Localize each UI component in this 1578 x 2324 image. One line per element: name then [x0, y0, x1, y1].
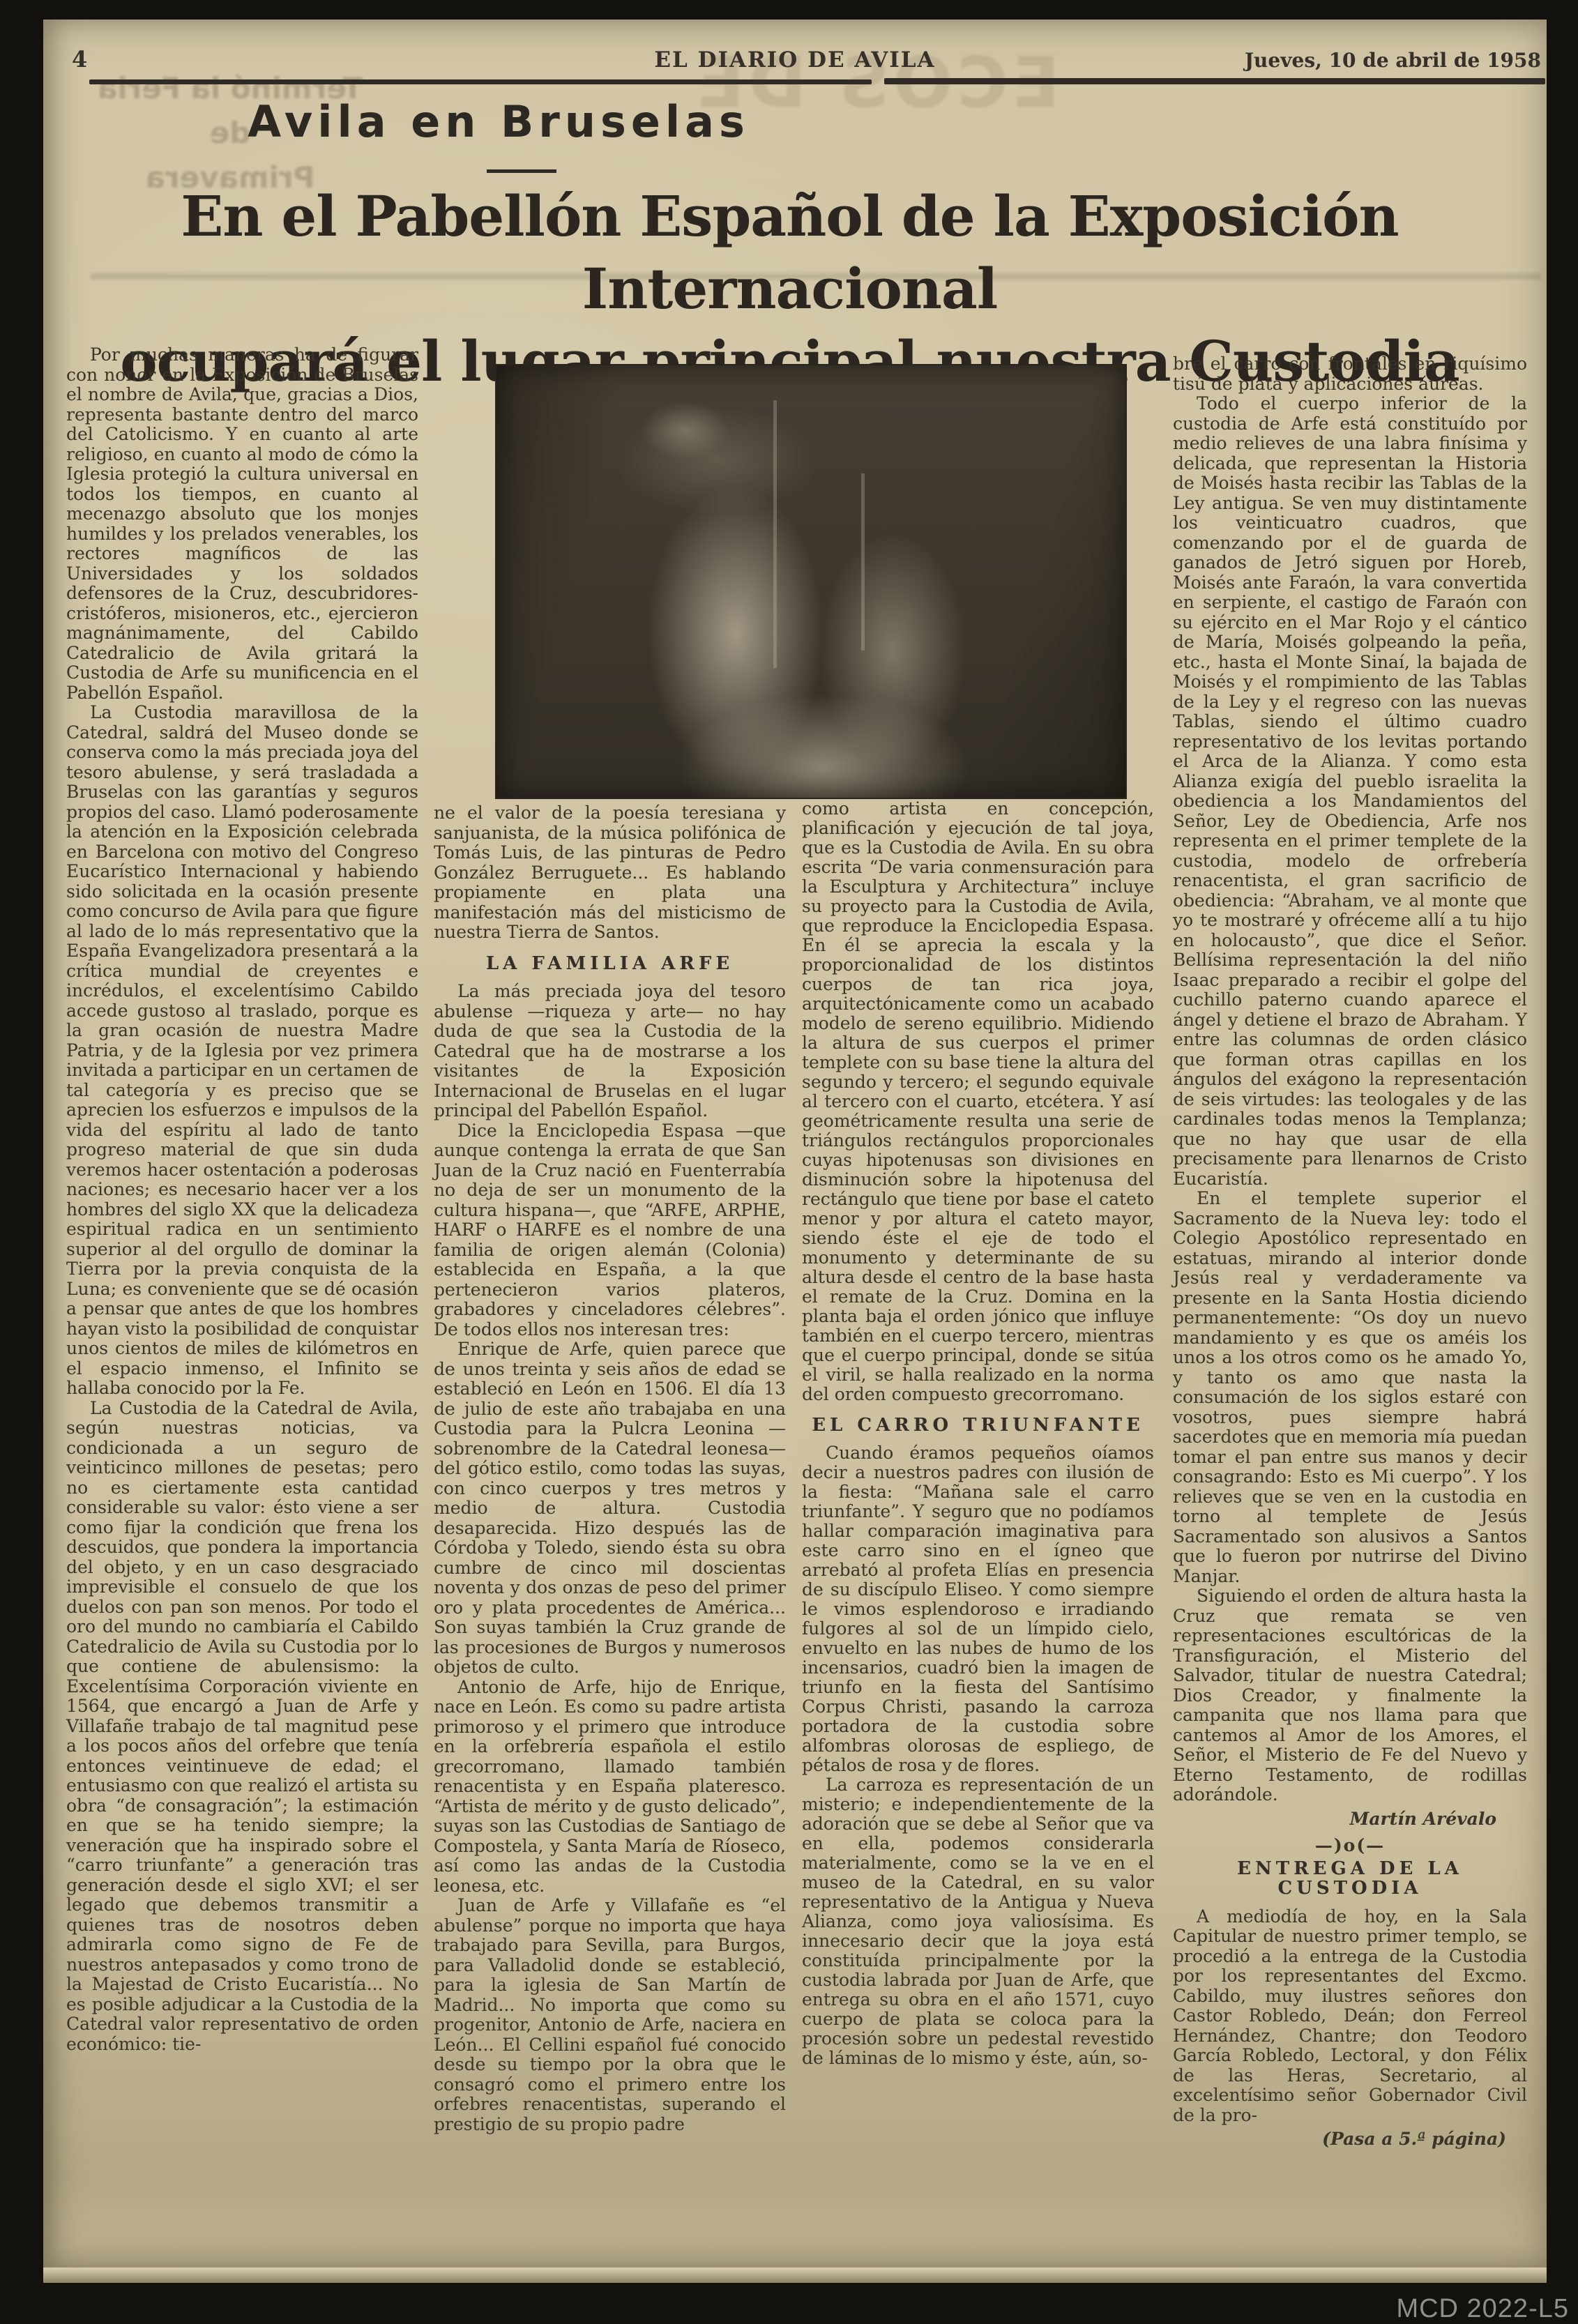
paragraph: En el templete superior el Sacramento de… [1173, 1189, 1527, 1586]
author-byline: Martín Arévalo [1173, 1809, 1527, 1830]
paragraph: Antonio de Arfe, hijo de Enrique, nace e… [434, 1678, 786, 1897]
header-rule-right [884, 78, 1545, 84]
photo-highlight-streak [861, 473, 865, 651]
ornament-divider: —)o(— [1173, 1836, 1527, 1856]
edition-date: Jueves, 10 de abril de 1958 [1213, 49, 1541, 72]
paragraph: Juan de Arfe y Villafañe es “el abulense… [434, 1896, 786, 2134]
custodia-photo [495, 364, 1127, 799]
paragraph: Siguiendo el orden de altura hasta la Cr… [1173, 1586, 1527, 1805]
newspaper-page-scan: Terminó la Feria de Primavera ECOS DE 4 … [0, 0, 1578, 2324]
paragraph-continuation: bre el carro con frontales en riquísimo … [1173, 354, 1527, 394]
newspaper-masthead: EL DIARIO DE AVILA [614, 47, 976, 73]
kicker-underline [487, 169, 556, 173]
page-number: 4 [72, 46, 87, 73]
paragraph: La carroza es representación de un miste… [802, 1775, 1154, 2068]
section-heading-el-carro-triunfante: EL CARRO TRIUNFANTE [802, 1415, 1154, 1435]
article-column-3: como artista en concepción, planificació… [802, 799, 1154, 2068]
photo-highlight-streak [773, 400, 777, 668]
headline-line-1: En el Pabellón Español de la Exposición … [49, 180, 1531, 325]
page-curl-edge [43, 2268, 1547, 2283]
paragraph: La Custodia de la Catedral de Avila, seg… [66, 1399, 418, 2055]
article-column-4: bre el carro con frontales en riquísimo … [1173, 354, 1527, 2150]
paragraph: A mediodía de hoy, en la Sala Capitular … [1173, 1907, 1527, 2126]
paragraph: Enrique de Arfe, quien parece que de uno… [434, 1339, 786, 1678]
article-column-1: Por muchas maneras ha de figurar con non… [66, 345, 418, 2054]
paragraph-continuation: ne el valor de la poesía teresiana y san… [434, 803, 786, 943]
section-heading-la-familia-arfe: LA FAMILIA ARFE [434, 954, 786, 974]
archive-watermark: MCD 2022-L5 [1325, 2294, 1569, 2324]
paragraph: La más preciada joya del tesoro abulense… [434, 982, 786, 1121]
header-rule-left [89, 79, 872, 84]
article-kicker: Avila en Bruselas [202, 96, 795, 147]
section-heading-entrega-de-la-custodia: ENTREGA DE LA CUSTODIA [1173, 1859, 1527, 1899]
paragraph: Dice la Enciclopedia Espasa —que aunque … [434, 1121, 786, 1340]
paragraph: Todo el cuerpo inferior de la custodia d… [1173, 394, 1527, 1189]
article-column-2: ne el valor de la poesía teresiana y san… [434, 803, 786, 2134]
paragraph-continuation: como artista en concepción, planificació… [802, 799, 1154, 1404]
paragraph: La Custodia maravillosa de la Catedral, … [66, 703, 418, 1399]
continuation-note: (Pasa a 5.ª página) [1173, 2129, 1527, 2150]
paragraph: Por muchas maneras ha de figurar con non… [66, 345, 418, 703]
paragraph: Cuando éramos pequeños oíamos decir a nu… [802, 1443, 1154, 1775]
